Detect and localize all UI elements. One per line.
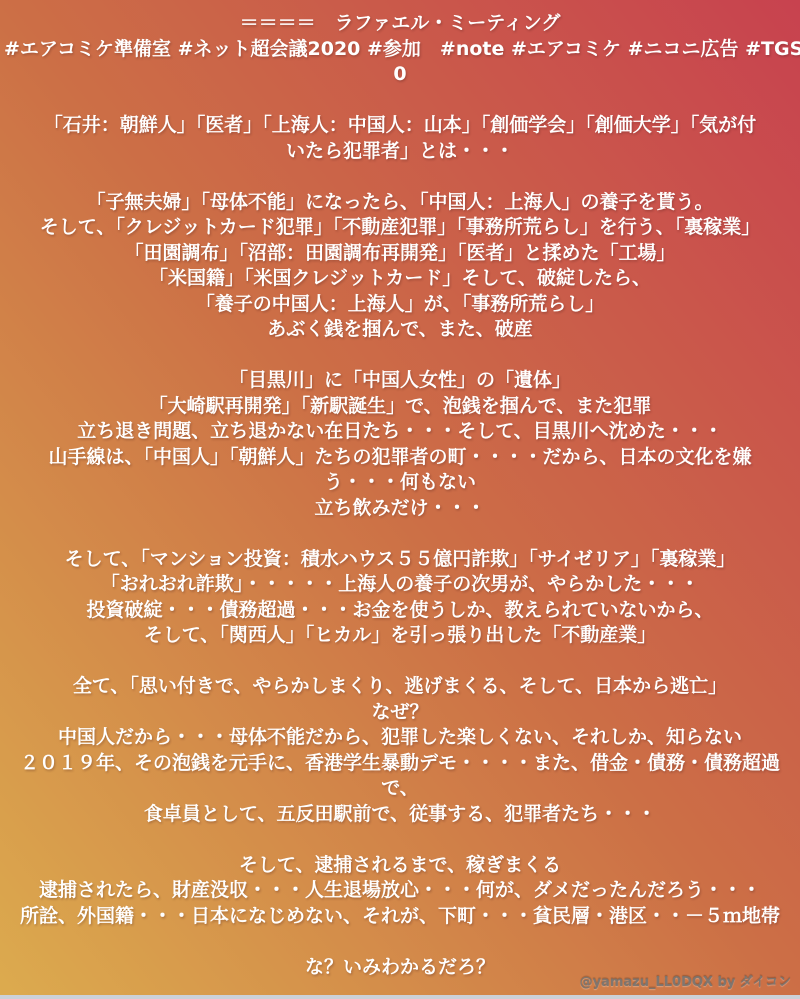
text-line: ＝＝＝＝ ラファエル・ミーティング (4, 11, 796, 37)
bottom-bar (0, 995, 800, 999)
watermark-credit: @yamazu_LL0DQX by ダイコン (580, 971, 791, 990)
text-line: 「米国籍」「米国クレジットカード」そして、破綻したら、 (4, 266, 796, 292)
text-line: いたら犯罪者」とは・・・ (4, 139, 796, 165)
text-line: 「田園調布」「沼部：田園調布再開発」「医者」と揉めた「工場」 (4, 241, 796, 267)
text-line: そして、「マンション投資：積水ハウス５５億円詐欺」「サイゼリア」「裏稼業」 (4, 547, 796, 573)
text-line: 全て、「思い付きで、やらかしまくり、逃げまくる、そして、日本から逃亡」 (4, 674, 796, 700)
text-line: で、 (4, 776, 796, 802)
text-line: なぜ？ (4, 700, 796, 726)
text-line: 食卓員として、五反田駅前で、従事する、犯罪者たち・・・ (4, 802, 796, 828)
paragraph-block: そして、逮捕されるまで、稼ぎまくる逮捕されたら、財産没収・・・人生退場放心・・・… (4, 853, 796, 930)
text-line: ２０１９年、その泡銭を元手に、香港学生暴動デモ・・・・また、借金・債務・債務超過 (4, 751, 796, 777)
text-line: 立ち退き問題、立ち退かない在日たち・・・そして、目黒川へ沈めた・・・ (4, 419, 796, 445)
paragraph-block: 「目黒川」に「中国人女性」の「遺体」「大崎駅再開発」「新駅誕生」で、泡銭を掴んで… (4, 368, 796, 521)
paragraph-block: 「子無夫婦」「母体不能」になったら、「中国人：上海人」の養子を貰う。そして、「ク… (4, 190, 796, 343)
text-line: そして、「関西人」「ヒカル」を引っ張り出した「不動産業」 (4, 623, 796, 649)
poster-image: ＝＝＝＝ ラファエル・ミーティング#エアコミケ準備室 #ネット超会議2020 #… (0, 0, 800, 999)
text-line: 0 (4, 62, 796, 88)
text-line: 「子無夫婦」「母体不能」になったら、「中国人：上海人」の養子を貰う。 (4, 190, 796, 216)
paragraph-block: 全て、「思い付きで、やらかしまくり、逃げまくる、そして、日本から逃亡」なぜ？中国… (4, 674, 796, 827)
paragraph-block: ＝＝＝＝ ラファエル・ミーティング#エアコミケ準備室 #ネット超会議2020 #… (4, 11, 796, 88)
text-line: #エアコミケ準備室 #ネット超会議2020 #参加 #note #エアコミケ #… (4, 37, 796, 63)
text-content: ＝＝＝＝ ラファエル・ミーティング#エアコミケ準備室 #ネット超会議2020 #… (0, 11, 800, 980)
text-line: う・・・何もない (4, 470, 796, 496)
paragraph-block: 「石井：朝鮮人」「医者」「上海人：中国人：山本」「創価学会」「創価大学」「気が付… (4, 113, 796, 164)
text-line: 「石井：朝鮮人」「医者」「上海人：中国人：山本」「創価学会」「創価大学」「気が付 (4, 113, 796, 139)
text-line: 山手線は、「中国人」「朝鮮人」たちの犯罪者の町・・・・だから、日本の文化を嫌 (4, 445, 796, 471)
text-line: そして、逮捕されるまで、稼ぎまくる (4, 853, 796, 879)
text-line: 「目黒川」に「中国人女性」の「遺体」 (4, 368, 796, 394)
text-line: 中国人だから・・・母体不能だから、犯罪した楽しくない、それしか、知らない (4, 725, 796, 751)
text-line: 「おれおれ詐欺」・・・・・上海人の養子の次男が、やらかした・・・ (4, 572, 796, 598)
text-line: そして、「クレジットカード犯罪」「不動産犯罪」「事務所荒らし」を行う、「裏稼業」 (4, 215, 796, 241)
text-line: 逮捕されたら、財産没収・・・人生退場放心・・・何が、ダメだったんだろう・・・ (4, 878, 796, 904)
text-line: 投資破綻・・・債務超過・・・お金を使うしか、教えられていないから、 (4, 598, 796, 624)
text-line: 所詮、外国籍・・・日本になじめない、それが、下町・・・貧民層・港区・・－５ｍ地帯 (4, 904, 796, 930)
text-line: 「大崎駅再開発」「新駅誕生」で、泡銭を掴んで、また犯罪 (4, 394, 796, 420)
text-line: あぶく銭を掴んで、また、破産 (4, 317, 796, 343)
text-line: 立ち飲みだけ・・・ (4, 496, 796, 522)
text-line: 「養子の中国人：上海人」が、「事務所荒らし」 (4, 292, 796, 318)
paragraph-block: そして、「マンション投資：積水ハウス５５億円詐欺」「サイゼリア」「裏稼業」「おれ… (4, 547, 796, 649)
